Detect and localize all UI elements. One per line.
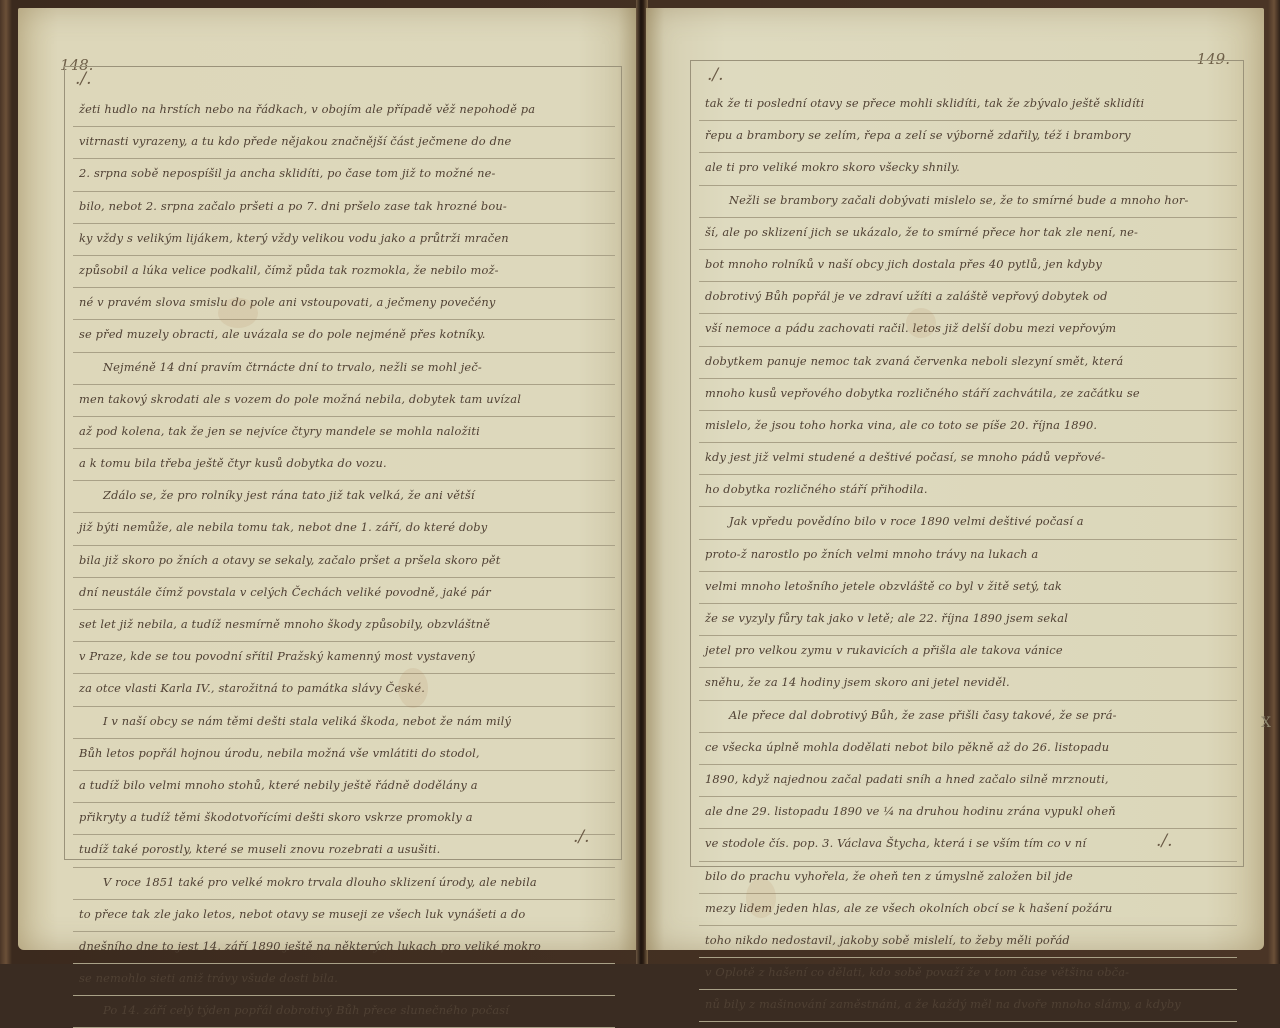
handwritten-line: proto-ž narostlo po žních velmi mnoho tr…: [699, 540, 1237, 572]
handwritten-line: se před muzely obracti, ale uvázala se d…: [73, 320, 615, 352]
handwritten-line: dnešního dne to jest 14. září 1890 ještě…: [73, 932, 615, 964]
handwritten-line: kdy jest již velmi studené a deštivé poč…: [699, 443, 1237, 475]
handwritten-line: set let již nebila, a tudíž nesmírně mno…: [73, 610, 615, 642]
handwritten-line: sněhu, že za 14 hodiny jsem skoro ani je…: [699, 668, 1237, 700]
handwritten-line: I v naší obcy se nám těmi dešti stala ve…: [73, 707, 615, 739]
ruled-frame: ./. tak že ti poslední otavy se přece mo…: [690, 60, 1244, 867]
handwritten-line: dní neustále čímž povstala v celých Čech…: [73, 578, 615, 610]
handwritten-line: 1890, když najednou začal padati sníh a …: [699, 765, 1237, 797]
handwritten-line: bila již skoro po žních a otavy se sekal…: [73, 546, 615, 578]
handwritten-line: ale ti pro veliké mokro skoro všecky shn…: [699, 153, 1237, 185]
handwritten-line: za otce vlasti Karla IV., starožitná to …: [73, 674, 615, 706]
handwritten-line: že se vyzyly fůry tak jako v letě; ale 2…: [699, 604, 1237, 636]
handwritten-line: tak že ti poslední otavy se přece mohli …: [699, 89, 1237, 121]
handwritten-line: men takový skrodati ale s vozem do pole …: [73, 385, 615, 417]
paper-stain: [746, 878, 776, 918]
handwritten-line: vší nemoce a pádu zachovati račil. letos…: [699, 314, 1237, 346]
handwritten-line: až pod kolena, tak že jen se nejvíce čty…: [73, 417, 615, 449]
handwritten-line: mnoho kusů vepřového dobytka rozličného …: [699, 379, 1237, 411]
handwritten-line: ce všecka úplně mohla dodělati nebot bil…: [699, 733, 1237, 765]
continuation-mark: ./.: [707, 65, 724, 85]
handwritten-line: velmi mnoho letošního jetele obzvláště c…: [699, 572, 1237, 604]
handwritten-line: v Praze, kde se tou povodní sřítil Pražs…: [73, 642, 615, 674]
ruled-frame: ./. žeti hudlo na hrstích nebo na řádkac…: [64, 66, 622, 860]
handwritten-line: Nežli se brambory začali dobývati mislel…: [699, 186, 1237, 218]
continuation-mark: ./.: [573, 827, 590, 847]
handwritten-line: Bůh letos popřál hojnou úrodu, nebila mo…: [73, 739, 615, 771]
margin-mark: X: [1261, 715, 1271, 731]
handwritten-line: vitrnasti vyrazeny, a tu kdo přede nějak…: [73, 127, 615, 159]
handwritten-line: Jak vpředu povědíno bilo v roce 1890 vel…: [699, 507, 1237, 539]
handwritten-line: ale dne 29. listopadu 1890 ve ¼ na druho…: [699, 797, 1237, 829]
handwritten-line: a k tomu bila třeba ještě čtyr kusů doby…: [73, 449, 615, 481]
handwritten-line: žeti hudlo na hrstích nebo na řádkach, v…: [73, 95, 615, 127]
handwritten-line: ší, ale po sklizení jich se ukázalo, že …: [699, 218, 1237, 250]
handwritten-line: V roce 1851 také pro velké mokro trvala …: [73, 868, 615, 900]
handwritten-line: Nejméně 14 dní pravím čtrnácte dní to tr…: [73, 353, 615, 385]
handwritten-line: né v pravém slova smislu do pole ani vst…: [73, 288, 615, 320]
handwritten-line: a tudíž bilo velmi mnoho stohů, které ne…: [73, 771, 615, 803]
handwritten-line: již býti nemůže, ale nebila tomu tak, ne…: [73, 513, 615, 545]
handwritten-line: bot mnoho rolníků v naší obcy jich dosta…: [699, 250, 1237, 282]
handwritten-line: Ale přece dal dobrotivý Bůh, že zase při…: [699, 701, 1237, 733]
handwritten-line: přikryty a tudíž těmi škodotvořícími deš…: [73, 803, 615, 835]
handwritten-line: mezy lidem jeden hlas, ale ze všech okol…: [699, 894, 1237, 926]
handwritten-line: dobytkem panuje nemoc tak zvaná červenka…: [699, 347, 1237, 379]
paper-stain: [218, 298, 258, 328]
handwritten-line: v Oplotě z hašení co dělati, kdo sobě po…: [699, 958, 1237, 964]
handwritten-line: tudíž také porostly, které se museli zno…: [73, 835, 615, 867]
handwritten-line: jetel pro velkou zymu v rukavicích a při…: [699, 636, 1237, 668]
handwritten-line: to přece tak zle jako letos, nebot otavy…: [73, 900, 615, 932]
handwritten-line: dobrotivý Bůh popřál je ve zdraví užíti …: [699, 282, 1237, 314]
handwritten-line: způsobil a lúka velice podkalil, čímž pů…: [73, 256, 615, 288]
handwritten-line: řepu a brambory se zelím, řepa a zelí se…: [699, 121, 1237, 153]
handwritten-line: bilo, nebot 2. srpna začalo pršeti a po …: [73, 192, 615, 224]
book-spread: 148. ./. žeti hudlo na hrstích nebo na ř…: [0, 0, 1280, 964]
handwritten-line: 2. srpna sobě nepospíšil ja ancha sklidí…: [73, 159, 615, 191]
left-page: 148. ./. žeti hudlo na hrstích nebo na ř…: [18, 8, 638, 950]
handwritten-line: Zdálo se, že pro rolníky jest rána tato …: [73, 481, 615, 513]
continuation-mark: ./.: [75, 69, 92, 89]
text-lines: žeti hudlo na hrstích nebo na řádkach, v…: [73, 95, 615, 964]
handwritten-line: toho nikdo nedostavil, jakoby sobě misle…: [699, 926, 1237, 958]
continuation-mark: ./.: [1156, 831, 1173, 851]
handwritten-line: mislelo, že jsou toho horka vina, ale co…: [699, 411, 1237, 443]
handwritten-line: ho dobytka rozličného stáří přihodila.: [699, 475, 1237, 507]
handwritten-line: ky vždy s velikým lijákem, který vždy ve…: [73, 224, 615, 256]
handwritten-line: bilo do prachu vyhořela, že oheň ten z ú…: [699, 862, 1237, 894]
paper-stain: [906, 308, 936, 338]
right-page: 149. ./. tak že ti poslední otavy se pře…: [646, 8, 1264, 950]
paper-stain: [398, 668, 428, 708]
